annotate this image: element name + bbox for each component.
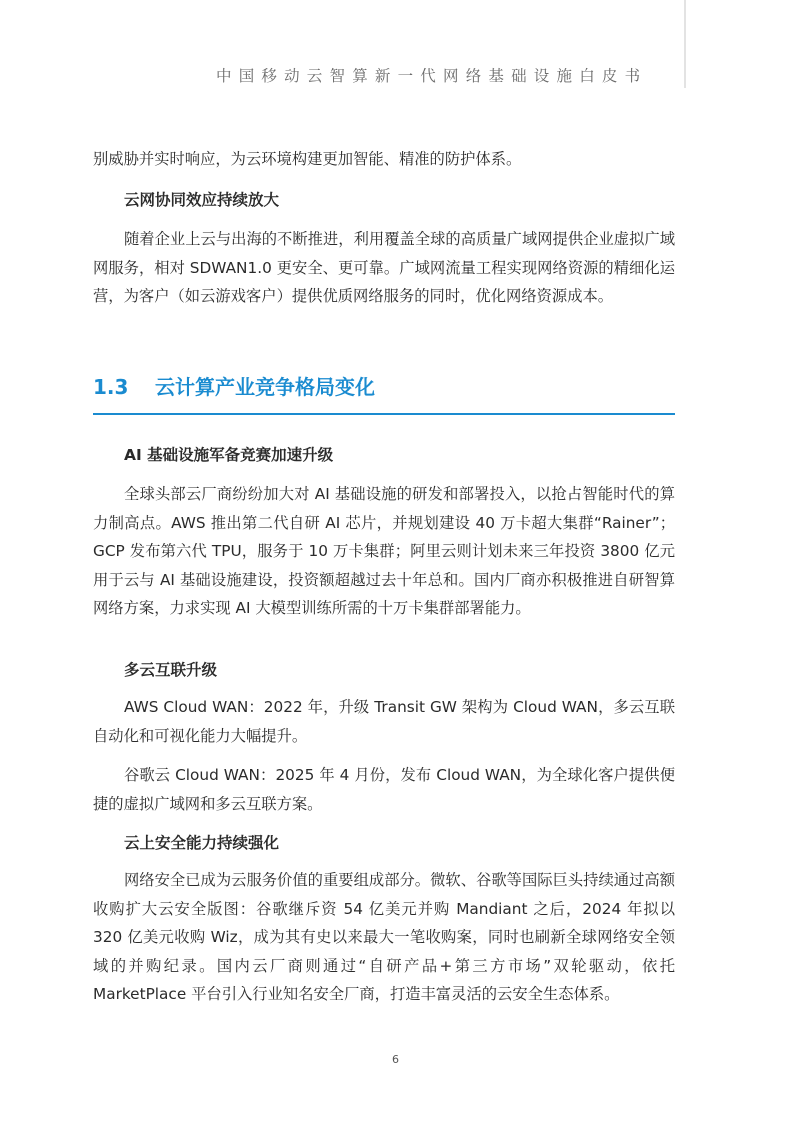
paragraph-cloud-network: 随着企业上云与出海的不断推进，利用覆盖全球的高质量广域网提供企业虚拟广域网服务，… [93, 225, 675, 311]
section-title: 1.3云计算产业竞争格局变化 [93, 371, 375, 400]
paragraph-ai-infra: 全球头部云厂商纷纷加大对 AI 基础设施的研发和部署投入，以抢占智能时代的算力制… [93, 480, 675, 623]
subsection-heading-ai-infra: AI 基础设施军备竞赛加速升级 [124, 443, 333, 465]
continued-paragraph: 别威胁并实时响应，为云环境构建更加智能、精准的防护体系。 [93, 145, 675, 174]
running-header-title: 中国移动云智算新一代网络基础设施白皮书 [216, 64, 656, 86]
subsection-heading-multicloud: 多云互联升级 [124, 658, 217, 680]
section-number: 1.3 [93, 375, 155, 399]
subsection-heading-security: 云上安全能力持续强化 [124, 831, 279, 853]
subsection-heading-cloud-network: 云网协同效应持续放大 [124, 188, 279, 210]
paragraph-google-cloud-wan: 谷歌云 Cloud WAN：2025 年 4 月份，发布 Cloud WAN，为… [93, 761, 675, 818]
header-divider-line [684, 0, 686, 88]
paragraph-security: 网络安全已成为云服务价值的重要组成部分。微软、谷歌等国际巨头持续通过高额收购扩大… [93, 866, 675, 1009]
page-number: 6 [392, 1053, 399, 1066]
section-underline [93, 413, 675, 415]
section-title-text: 云计算产业竞争格局变化 [155, 375, 375, 399]
paragraph-aws-cloud-wan: AWS Cloud WAN：2022 年，升级 Transit GW 架构为 C… [93, 693, 675, 750]
